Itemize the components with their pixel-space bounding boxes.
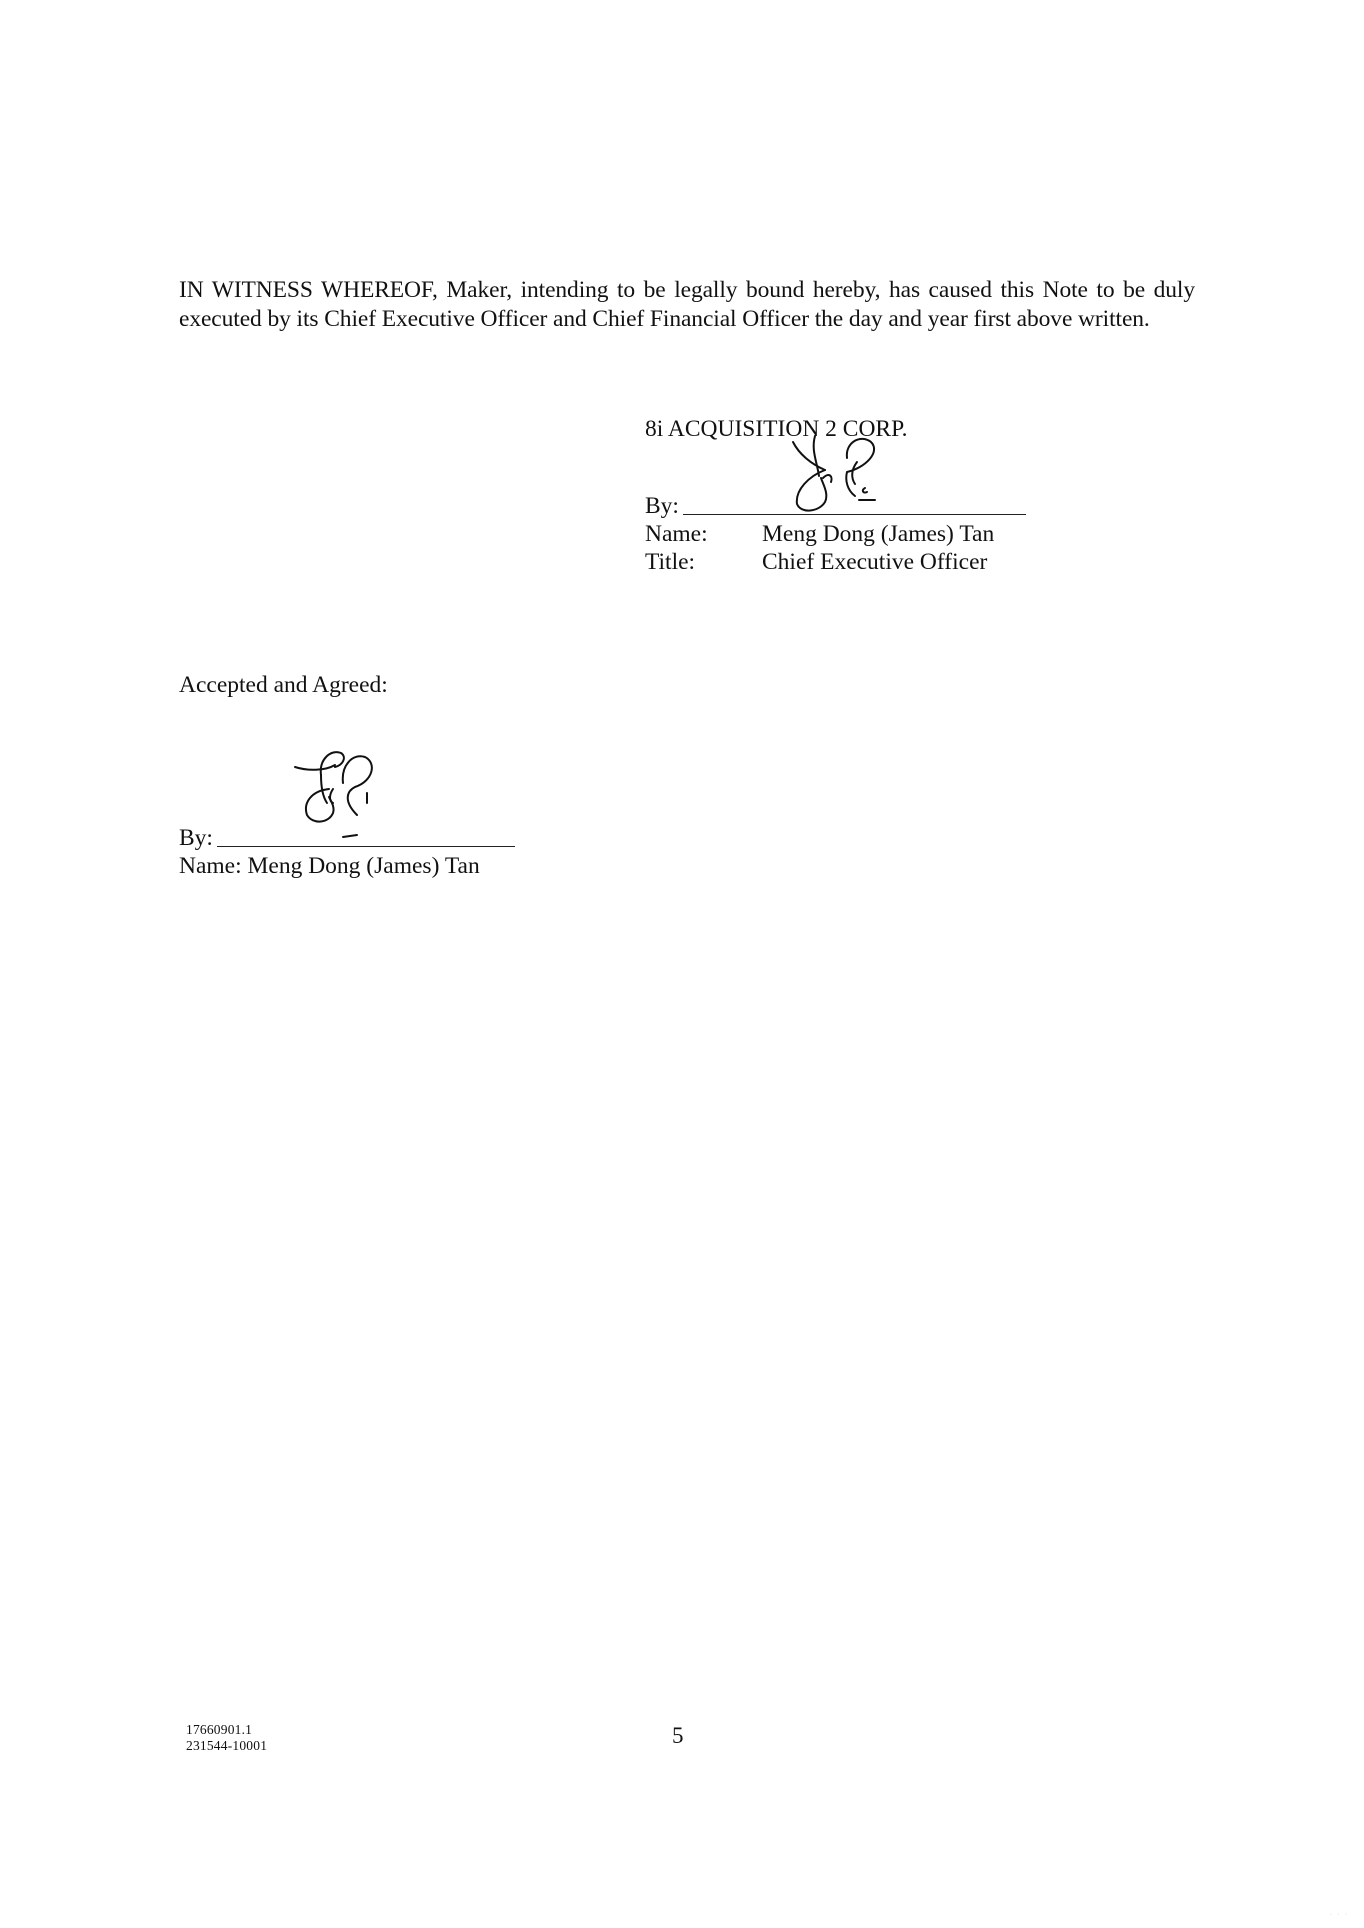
title-label: Title: — [645, 548, 762, 576]
document-page: IN WITNESS WHEREOF, Maker, intending to … — [0, 0, 1364, 1928]
accepted-heading: Accepted and Agreed: — [179, 671, 388, 699]
scan-artifact: · · · — [1330, 1913, 1350, 1917]
signature-line — [683, 514, 1026, 515]
doc-id-line-2: 231544-10001 — [186, 1738, 267, 1754]
witness-paragraph: IN WITNESS WHEREOF, Maker, intending to … — [179, 276, 1195, 334]
by-label: By: — [179, 824, 213, 852]
acceptance-signature-block: By: Name: Meng Dong (James) Tan — [179, 824, 515, 880]
name-label: Name: — [645, 520, 762, 548]
signature-line — [217, 846, 515, 847]
acceptor-name: Name: Meng Dong (James) Tan — [179, 852, 480, 880]
signer-title: Chief Executive Officer — [762, 548, 987, 576]
by-label: By: — [645, 492, 679, 520]
doc-id-line-1: 17660901.1 — [186, 1722, 267, 1738]
page-number: 5 — [672, 1722, 684, 1750]
footer-document-ids: 17660901.1 231544-10001 — [186, 1722, 267, 1754]
maker-signature-block: By: Name: Meng Dong (James) Tan Title: C… — [645, 492, 1026, 576]
signer-name: Meng Dong (James) Tan — [762, 520, 994, 548]
